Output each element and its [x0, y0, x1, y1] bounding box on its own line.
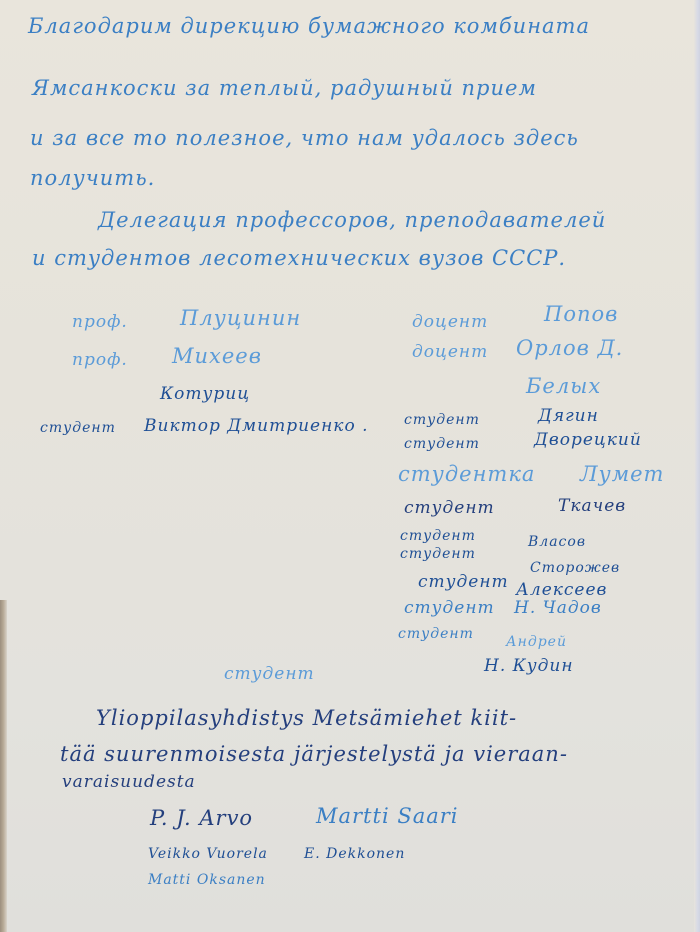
signature-title: проф.	[72, 312, 128, 332]
signature: Veikko Vuorela	[148, 846, 268, 862]
signature-title: студент	[404, 436, 480, 452]
signature-title: студент	[40, 420, 116, 436]
signature: Алексеев	[516, 580, 607, 600]
signature: Виктор Дмитриенко .	[144, 416, 369, 436]
signature-title: студент	[418, 572, 509, 592]
signature-title: доцент	[412, 312, 488, 332]
signature: Дворецкий	[534, 430, 642, 450]
finnish-message-line-3: varaisuudesta	[62, 772, 196, 792]
signature-title: студент	[404, 412, 480, 428]
signature-title: студент	[404, 498, 495, 518]
signature: Орлов Д.	[516, 336, 623, 360]
finnish-message-line-1: Ylioppilasyhdistys Metsämiehet kiit-	[96, 706, 517, 730]
book-spine-edge	[0, 600, 7, 932]
signature: Андрей	[506, 634, 567, 650]
signature: Котуриц	[160, 384, 250, 404]
signature: Дягин	[538, 406, 599, 426]
signature: Ткачев	[558, 496, 626, 516]
signature: P. J. Arvo	[150, 806, 253, 830]
signature-title: студент	[224, 664, 315, 684]
signature: Власов	[528, 534, 586, 550]
signature: Н. Чадов	[514, 598, 602, 618]
russian-message-line-3: и за все то полезное, что нам удалось зд…	[30, 126, 579, 150]
signature-title: студент	[404, 598, 495, 618]
russian-message-line-1: Благодарим дирекцию бумажного комбината	[28, 14, 590, 38]
signature: Martti Saari	[316, 804, 459, 828]
signature-title: проф.	[72, 350, 128, 370]
signature-title: студент	[400, 528, 476, 544]
guestbook-page: Благодарим дирекцию бумажного комбината …	[0, 0, 700, 932]
delegation-line-1: Делегация профессоров, преподавателей	[98, 208, 606, 232]
signature-title: студент	[398, 626, 474, 642]
signature: Н. Кудин	[484, 656, 574, 676]
signature-title: студентка	[398, 462, 535, 486]
russian-message-line-2: Ямсанкоски за теплый, радушный прием	[32, 76, 537, 100]
signature: E. Dekkonen	[304, 846, 405, 862]
page-right-edge	[694, 0, 700, 932]
delegation-line-2: и студентов лесотехнических вузов СССР.	[32, 246, 566, 270]
signature: Плуцинин	[180, 306, 301, 330]
signature-title: студент	[400, 546, 476, 562]
signature: Белых	[526, 374, 601, 398]
signature-title: доцент	[412, 342, 488, 362]
signature: Сторожев	[530, 560, 620, 576]
russian-message-line-4: получить.	[30, 166, 155, 190]
signature: Михеев	[172, 344, 262, 368]
signature: Matti Oksanen	[148, 872, 266, 888]
finnish-message-line-2: tää suurenmoisesta järjestelystä ja vier…	[60, 742, 568, 766]
signature: Лумет	[580, 462, 664, 486]
signature: Попов	[544, 302, 618, 326]
